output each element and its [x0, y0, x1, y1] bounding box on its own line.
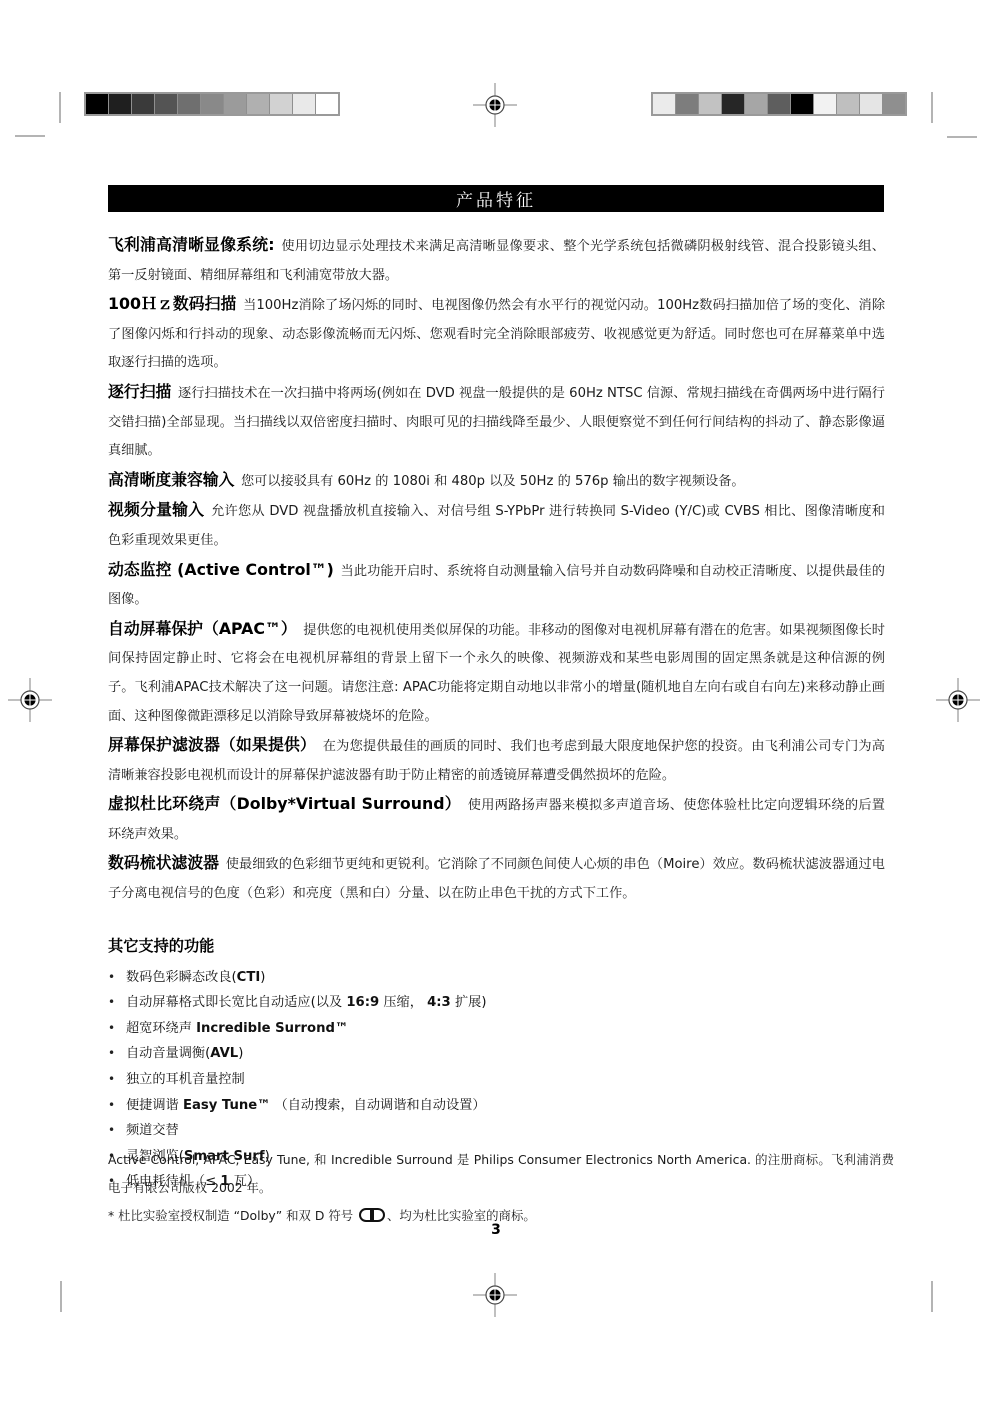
page-title: 产品特征	[108, 185, 884, 212]
feature-bullet-item: •独立的耳机音量控制	[108, 1067, 885, 1093]
feature-section: 屏幕保护滤波器（如果提供） 在为您提供最佳的画质的同时、我们也考虑到最大限度地保…	[108, 731, 885, 790]
calibration-swatch	[722, 94, 745, 114]
bullet-text-segment: （自动搜索，自动调谐和自动设置）	[270, 1098, 485, 1113]
bullet-text-segment: 16:9	[346, 995, 379, 1010]
feature-section: 飞利浦高清晰显像系统: 使用切边显示处理技术来满足高清晰显像要求、整个光学系统包…	[108, 231, 885, 290]
calibration-swatch	[883, 94, 905, 114]
calibration-swatch	[860, 94, 883, 114]
feature-section: 100Ｈｚ数码扫描 当100Hz消除了场闪烁的同时、电视图像仍然会有水平行的视觉…	[108, 290, 885, 378]
feature-section: 高清晰度兼容输入 您可以接驳具有 60Hz 的 1080i 和 480p 以及 …	[108, 466, 885, 497]
calibration-swatch	[270, 94, 293, 114]
calibration-swatch	[837, 94, 860, 114]
feature-heading: 100Ｈｚ数码扫描	[108, 294, 236, 313]
trim-mark	[931, 92, 933, 123]
bullet-text-segment: CTI	[237, 970, 261, 985]
feature-bullet-item: •数码色彩瞬态改良(CTI)	[108, 965, 885, 991]
calibration-swatch	[676, 94, 699, 114]
feature-bullet-item: •频道交替	[108, 1118, 885, 1144]
bullet-text-segment: 数码色彩瞬态改良(	[126, 970, 237, 985]
calibration-swatch	[791, 94, 814, 114]
bullet-text-segment: 独立的耳机音量控制	[126, 1072, 245, 1087]
feature-heading: 屏幕保护滤波器（如果提供）	[108, 735, 316, 754]
bullet-text: 超宽环绕声 Incredible Surrond™	[126, 1017, 348, 1042]
bullet-text: 数码色彩瞬态改良(CTI)	[126, 966, 265, 991]
bullet-text-segment: 超宽环绕声	[126, 1021, 196, 1036]
bullet-icon: •	[108, 1093, 126, 1118]
calibration-swatch	[155, 94, 178, 114]
calibration-swatch	[201, 94, 224, 114]
other-features-heading: 其它支持的功能	[108, 933, 885, 959]
feature-heading: 视频分量输入	[108, 500, 204, 519]
feature-heading: 数码梳状滤波器	[108, 853, 219, 872]
calibration-swatch	[814, 94, 837, 114]
bullet-icon: •	[108, 1067, 126, 1092]
calibration-swatch	[86, 94, 109, 114]
calibration-swatch	[316, 94, 338, 114]
calibration-swatch	[745, 94, 768, 114]
registration-mark-icon	[473, 83, 517, 127]
feature-bullet-item: •超宽环绕声 Incredible Surrond™	[108, 1016, 885, 1042]
calibration-swatch	[132, 94, 155, 114]
bullet-text-segment: 自动屏幕格式即长宽比自动适应(以及	[126, 995, 346, 1010]
calibration-swatch	[699, 94, 722, 114]
grayscale-calibration-strip-left	[84, 92, 340, 116]
bullet-icon: •	[108, 1041, 126, 1066]
bullet-text-segment: 4:3	[427, 995, 451, 1010]
bullet-icon: •	[108, 965, 126, 990]
feature-heading: 飞利浦高清晰显像系统:	[108, 235, 275, 254]
trademark-footer: Active Control, APAC, Easy Tune, 和 Incre…	[108, 1146, 894, 1230]
manual-page: 产品特征 飞利浦高清晰显像系统: 使用切边显示处理技术来满足高清晰显像要求、整个…	[0, 0, 992, 1404]
feature-section: 逐行扫描 逐行扫描技术在一次扫描中将两场(例如在 DVD 视盘一般提供的是 60…	[108, 378, 885, 466]
bullet-text: 自动音量调衡(AVL)	[126, 1042, 243, 1067]
calibration-swatch	[768, 94, 791, 114]
bullet-icon: •	[108, 1016, 126, 1041]
registration-mark-icon	[8, 678, 52, 722]
bullet-icon: •	[108, 1118, 126, 1143]
calibration-swatch	[293, 94, 316, 114]
feature-body: 使最细致的色彩细节更纯和更锐利。它消除了不同颜色间使人心烦的串色（Moire）效…	[108, 857, 885, 901]
trim-mark	[59, 92, 61, 123]
feature-bullet-item: •自动音量调衡(AVL)	[108, 1041, 885, 1067]
feature-section: 数码梳状滤波器 使最细致的色彩细节更纯和更锐利。它消除了不同颜色间使人心烦的串色…	[108, 849, 885, 908]
feature-bullet-item: •自动屏幕格式即长宽比自动适应(以及 16:9 压缩， 4:3 扩展)	[108, 990, 885, 1016]
registration-mark-icon	[473, 1273, 517, 1317]
bullet-text: 独立的耳机音量控制	[126, 1068, 245, 1093]
feature-heading: 虚拟杜比环绕声（Dolby*Virtual Surround）	[108, 794, 461, 813]
feature-section: 视频分量输入 允许您从 DVD 视盘播放机直接输入、对信号组 S-YPbPr 进…	[108, 496, 885, 555]
footer-line-1: Active Control, APAC, Easy Tune, 和 Incre…	[108, 1146, 894, 1202]
bullet-text-segment: 压缩，	[379, 995, 427, 1010]
feature-body: 逐行扫描技术在一次扫描中将两场(例如在 DVD 视盘一般提供的是 60Hz NT…	[108, 386, 885, 458]
trim-mark	[60, 1281, 62, 1312]
feature-heading: 动态监控 (Active Control™)	[108, 560, 334, 579]
bullet-icon: •	[108, 990, 126, 1015]
registration-mark-icon	[936, 678, 980, 722]
trim-mark	[931, 1281, 933, 1312]
feature-body: 允许您从 DVD 视盘播放机直接输入、对信号组 S-YPbPr 进行转换同 S-…	[108, 504, 885, 548]
calibration-swatch	[109, 94, 132, 114]
calibration-swatch	[653, 94, 676, 114]
calibration-swatch	[224, 94, 247, 114]
bullet-text-segment: Incredible Surrond™	[196, 1021, 348, 1036]
bullet-text-segment: )	[260, 970, 265, 985]
bullet-text-segment: 频道交替	[126, 1123, 179, 1138]
bullet-text-segment: Easy Tune™	[183, 1098, 270, 1113]
page-number: 3	[0, 1222, 992, 1238]
bullet-text-segment: 自动音量调衡(	[126, 1046, 210, 1061]
footer-line-2-prefix: * 杜比实验室授权制造 “Dolby” 和双 D 符号	[108, 1208, 357, 1223]
trim-mark	[947, 136, 977, 138]
feature-section: 虚拟杜比环绕声（Dolby*Virtual Surround） 使用两路扬声器来…	[108, 790, 885, 849]
feature-heading: 高清晰度兼容输入	[108, 470, 234, 489]
bullet-text: 自动屏幕格式即长宽比自动适应(以及 16:9 压缩， 4:3 扩展)	[126, 991, 486, 1016]
dolby-double-d-icon	[359, 1208, 385, 1222]
bullet-text-segment: AVL	[210, 1046, 238, 1061]
bullet-text: 便捷调谐 Easy Tune™ （自动搜索，自动调谐和自动设置）	[126, 1094, 486, 1119]
feature-sections: 飞利浦高清晰显像系统: 使用切边显示处理技术来满足高清晰显像要求、整个光学系统包…	[108, 231, 885, 909]
bullet-text-segment: )	[238, 1046, 243, 1061]
bullet-text: 频道交替	[126, 1119, 179, 1144]
content-area: 飞利浦高清晰显像系统: 使用切边显示处理技术来满足高清晰显像要求、整个光学系统包…	[108, 231, 885, 1195]
feature-section: 动态监控 (Active Control™) 当此功能开启时、系统将自动测量输入…	[108, 556, 885, 615]
bullet-text-segment: 扩展)	[451, 995, 487, 1010]
footer-line-2-suffix: 、均为杜比实验室的商标。	[387, 1208, 536, 1223]
calibration-swatch	[178, 94, 201, 114]
feature-section: 自动屏幕保护（APAC™） 提供您的电视机使用类似屏保的功能。非移动的图像对电视…	[108, 615, 885, 731]
trim-mark	[15, 135, 45, 137]
feature-heading: 逐行扫描	[108, 382, 171, 401]
calibration-swatch	[247, 94, 270, 114]
bullet-text-segment: 便捷调谐	[126, 1098, 183, 1113]
feature-body: 您可以接驳具有 60Hz 的 1080i 和 480p 以及 50Hz 的 57…	[234, 474, 744, 489]
feature-heading: 自动屏幕保护（APAC™）	[108, 619, 297, 638]
feature-bullet-item: •便捷调谐 Easy Tune™ （自动搜索，自动调谐和自动设置）	[108, 1093, 885, 1119]
grayscale-calibration-strip-right	[651, 92, 907, 116]
